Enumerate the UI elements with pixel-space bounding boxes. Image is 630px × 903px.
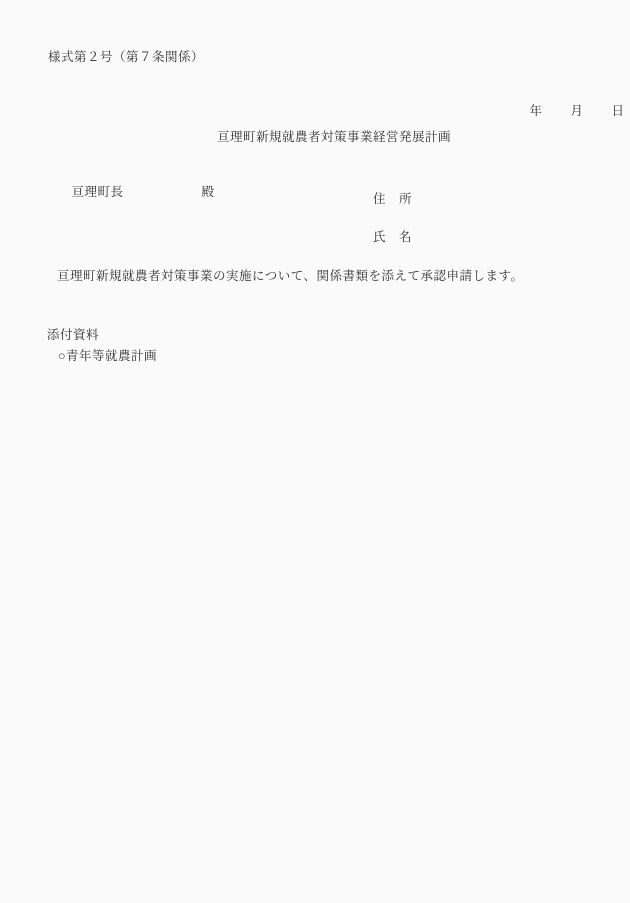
date-day-label: 日: [612, 104, 625, 118]
document-page: 様式第２号（第７条関係） 年月日 亘理町新規就農者対策事業経営発展計画 亘理町長…: [0, 0, 630, 903]
attachments-heading: 添付資料: [47, 328, 99, 343]
name-label: 氏 名: [373, 230, 412, 245]
form-number: 様式第２号（第７条関係）: [48, 50, 204, 65]
date-month-label: 月: [571, 104, 584, 118]
application-statement: 亘理町新規就農者対策事業の実施について、関係書類を添えて承認申請します。: [57, 269, 524, 284]
date-year-label: 年: [530, 104, 543, 118]
addressee-recipient: 亘理町長: [72, 185, 124, 199]
attachment-list-item: ○青年等就農計画: [58, 349, 157, 364]
address-label: 住 所: [373, 192, 412, 207]
date-line: 年月日: [515, 89, 625, 134]
addressee-line: 亘理町長殿: [57, 170, 215, 215]
addressee-honorific: 殿: [202, 185, 215, 199]
document-title: 亘理町新規就農者対策事業経営発展計画: [217, 130, 451, 145]
